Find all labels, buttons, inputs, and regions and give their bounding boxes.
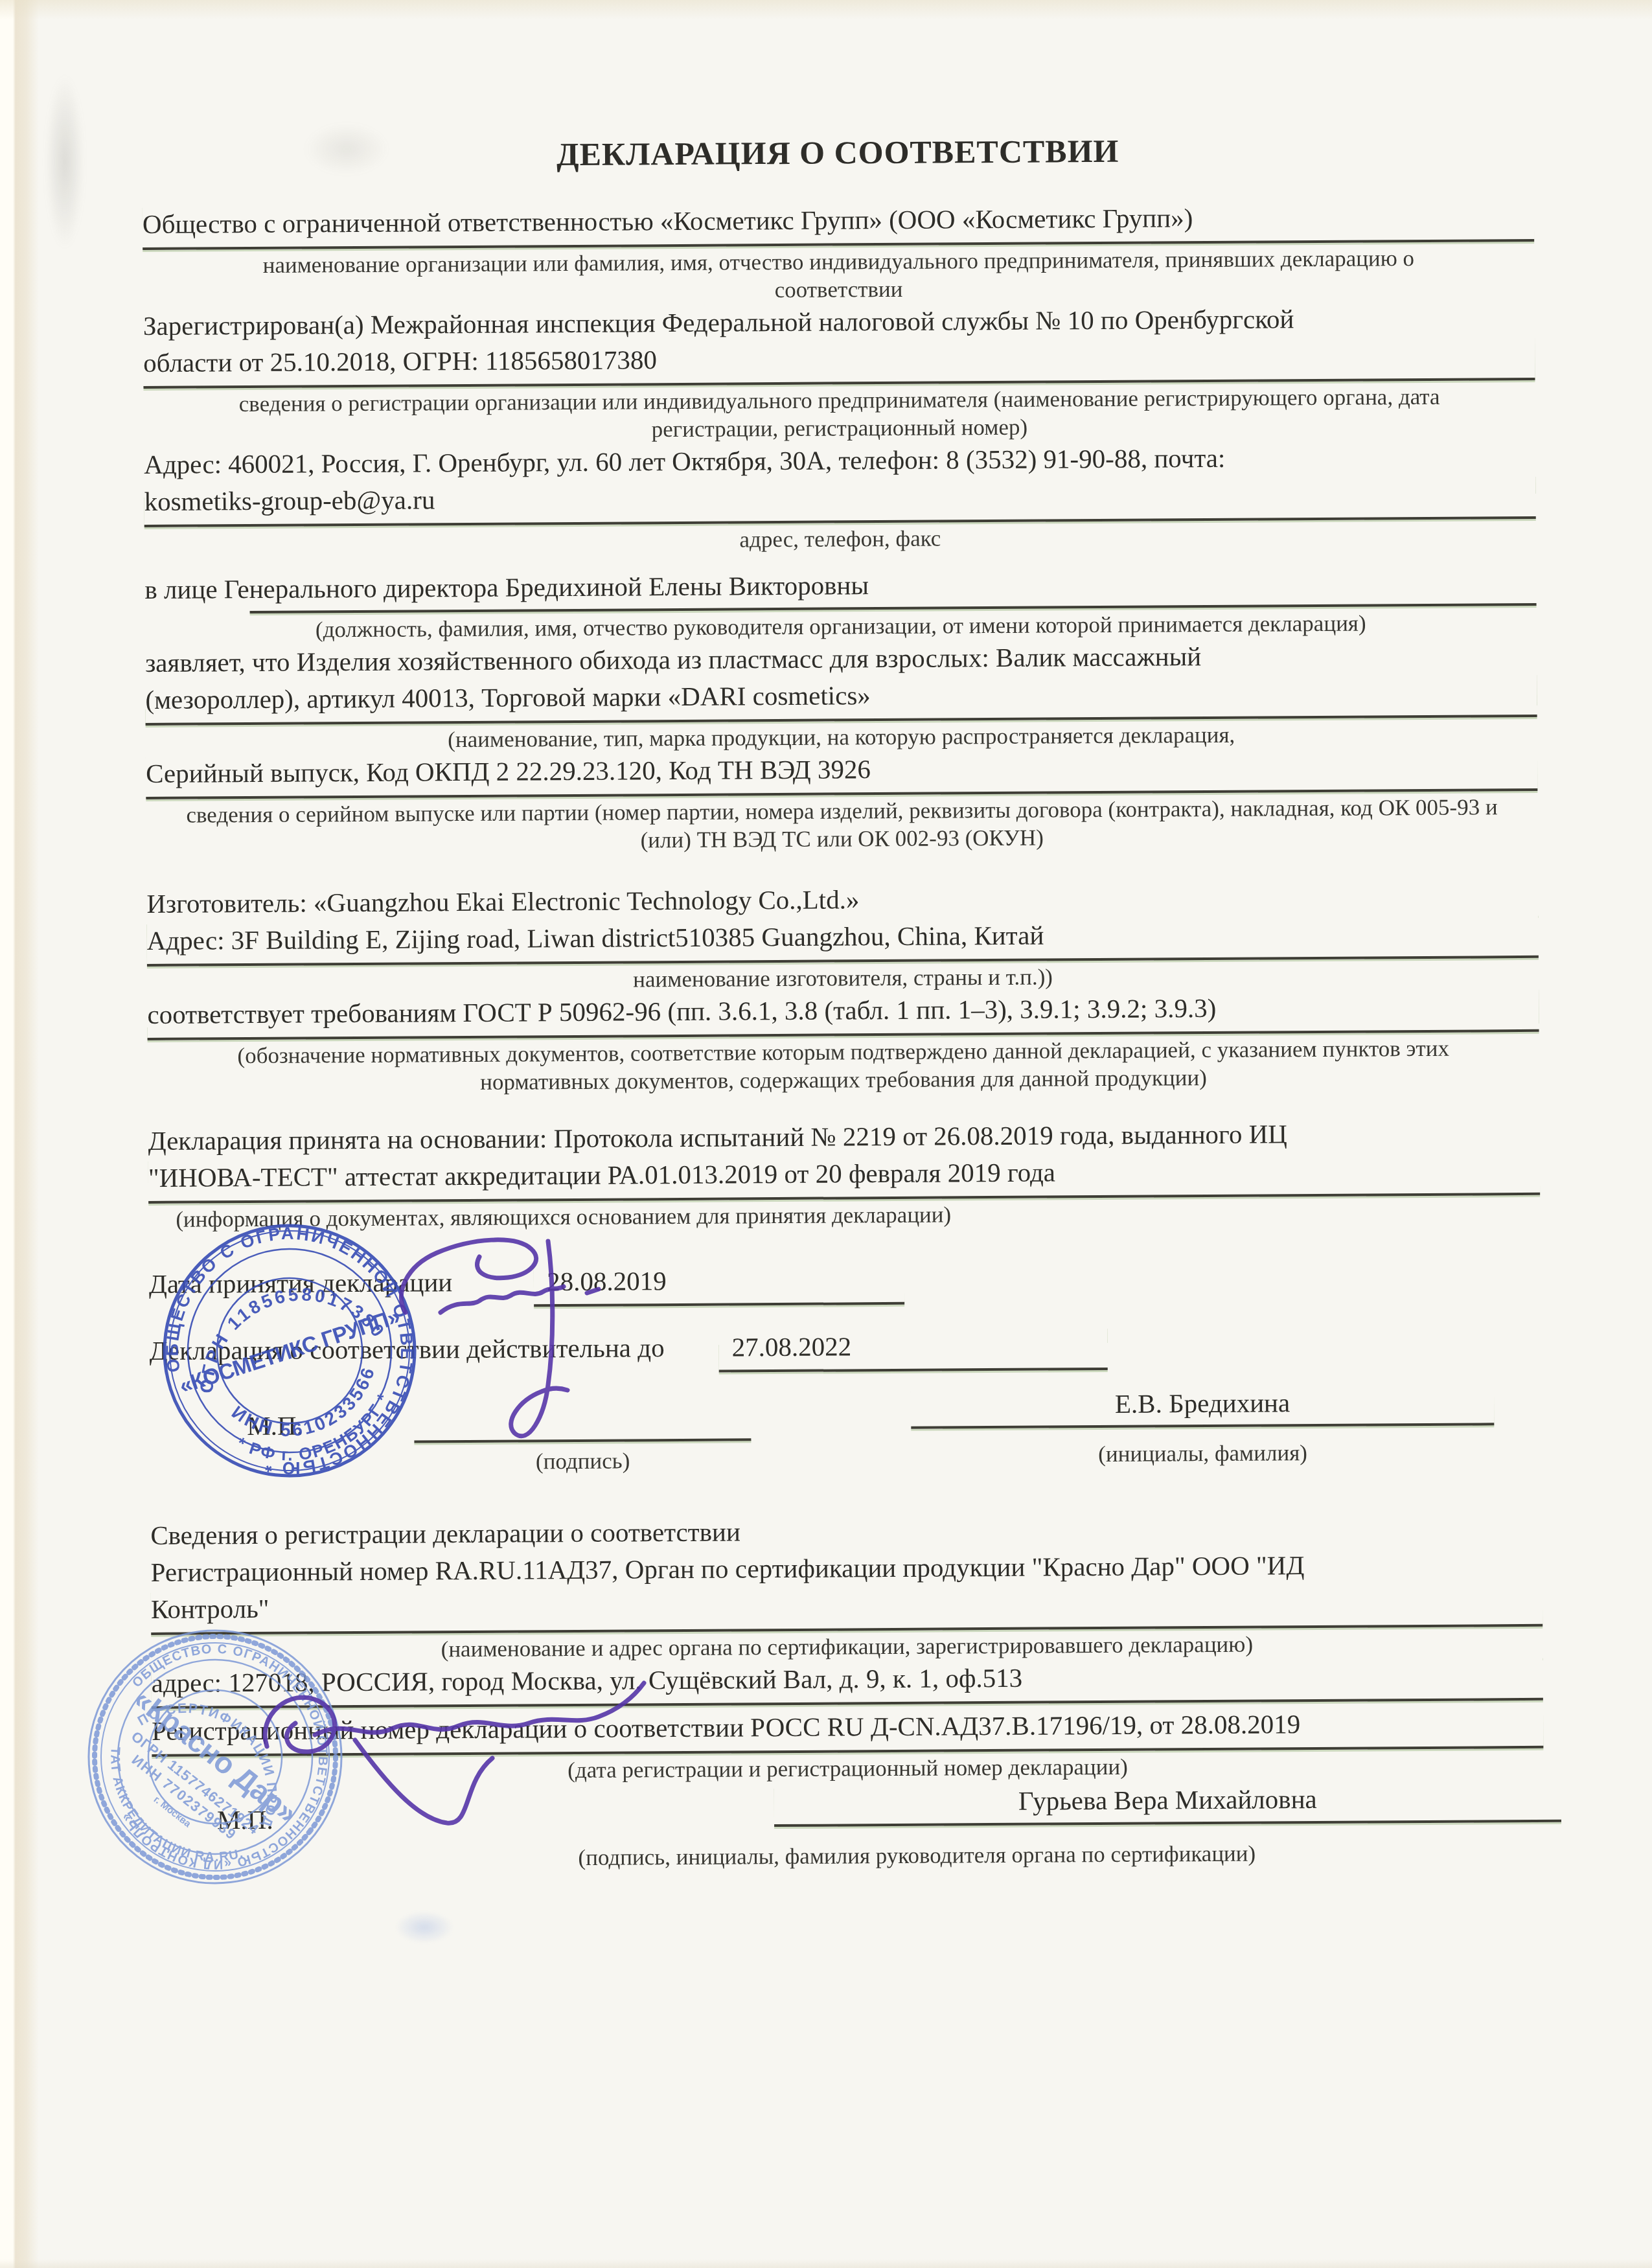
scanned-declaration-page: ДЕКЛАРАЦИЯ О СООТВЕТСТВИИ Общество с огр… xyxy=(0,0,1652,2268)
declarant-signatory-name: Е.В. Бредихина xyxy=(911,1386,1494,1428)
representative-line: в лице Генерального директора Бредихиной… xyxy=(144,563,1536,613)
registration-caption: сведения о регистрации организации или и… xyxy=(205,382,1474,446)
page-title: ДЕКЛАРАЦИЯ О СООТВЕТСТВИИ xyxy=(142,129,1533,176)
product-line-2: (мезороллер), артикул 40013, Торговой ма… xyxy=(145,673,1537,726)
signatory-name-caption: (инициалы, фамилия) xyxy=(911,1439,1494,1468)
faint-ink-mark xyxy=(395,1911,453,1943)
scan-edge-left xyxy=(0,0,39,2268)
declarant-name-caption: наименование организации или фамилия, им… xyxy=(262,244,1415,307)
serial-line: Серийный выпуск, Код ОКПД 2 22.29.23.120… xyxy=(146,747,1537,799)
scan-smudge xyxy=(45,74,84,249)
declarant-name-line: Общество с ограниченной ответственностью… xyxy=(143,198,1534,250)
cert-body-signatory-name: Гурьева Вера Михайловна xyxy=(774,1782,1561,1827)
validity-date-value: 27.08.2022 xyxy=(718,1327,1107,1373)
standards-caption: (обозначение нормативных документов, соо… xyxy=(176,1034,1511,1098)
registration-line-2: области от 25.10.2018, ОГРН: 11856580173… xyxy=(143,336,1535,389)
serial-caption: сведения о серийном выпуске или партии (… xyxy=(168,793,1515,857)
declaration-form: ДЕКЛАРАЦИЯ О СООТВЕТСТВИИ Общество с огр… xyxy=(141,0,1544,1904)
scan-edge-bottom xyxy=(0,2259,1652,2268)
signature-ink-cert-head xyxy=(238,1656,653,1837)
cert-signature-caption: (подпись, инициалы, фамилия руководителя… xyxy=(431,1840,1403,1872)
manufacturer-address-line: Адрес: 3F Building E, Zijing road, Liwan… xyxy=(147,914,1539,967)
declarant-email-line: kosmetiks-group-eb@ya.ru xyxy=(144,475,1535,527)
signature-ink-declarant xyxy=(381,1215,627,1474)
address-caption: адрес, телефон, факс xyxy=(144,521,1536,557)
cert-body-line-2: Контроль" xyxy=(151,1583,1543,1635)
standards-line: соответствует требованиям ГОСТ Р 50962-9… xyxy=(147,988,1539,1040)
